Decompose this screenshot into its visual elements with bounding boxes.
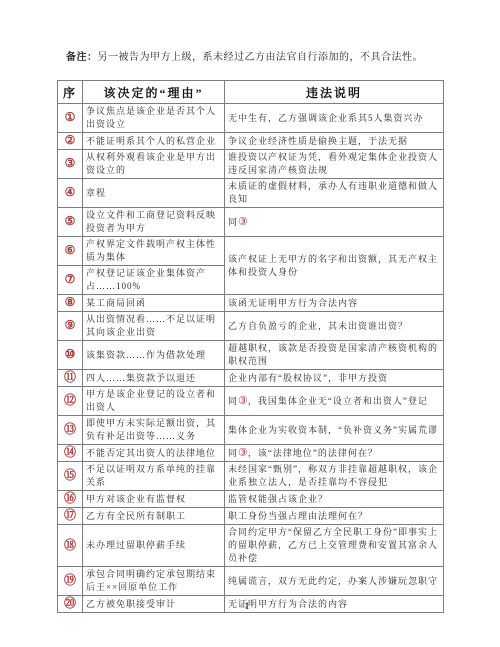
row-seq-cell: ⑦ (58, 266, 83, 295)
explanation-cell: 集体企业为实收资本制，“负补资义务”实属荒谬 (225, 416, 444, 445)
table-row: ①争议焦点是该企业是否其个人出资设立无中生有，乙方强调该企业系其5人集资兴办 (58, 104, 444, 133)
circled-row-number: ⑯ (64, 491, 76, 505)
circled-row-number: ⑦ (65, 272, 76, 286)
table-row: ②不能证明系其个人的私营企业争议企业经济性质是偷换主题，于法无据 (58, 133, 444, 150)
header-explanation: 违法说明 (225, 81, 444, 104)
note-text: 另一被告为甲方上级，系未经过乙方由法官自行添加的，不具合法性。 (98, 52, 424, 63)
reason-cell: 未办理过留职停薪手续 (83, 525, 225, 567)
reason-cell: 甲方对该企业有监督权 (83, 491, 225, 508)
circled-ref-number: ③ (238, 216, 248, 228)
circled-row-number: ⑪ (64, 370, 76, 384)
table-row: ⑬即使甲方未实际足额出资，其负有补足出资等……义务集体企业为实收资本制，“负补资… (58, 416, 444, 445)
row-seq-cell: ⑫ (58, 387, 83, 416)
row-seq-cell: ⑧ (58, 295, 83, 312)
row-seq-cell: ⑭ (58, 445, 83, 462)
circled-row-number: ⑧ (65, 295, 76, 309)
explanation-cell: 未经国家“甄别”，称双方非挂靠超越职权，该企业系独立法人，是否挂靠均不容侵犯 (225, 462, 444, 491)
row-seq-cell: ⑨ (58, 312, 83, 341)
table-row: ⑮不足以证明双方系单纯的挂靠关系未经国家“甄别”，称双方非挂靠超越职权，该企业系… (58, 462, 444, 491)
circled-row-number: ⑨ (65, 318, 76, 332)
table-row: ⑲承包合同明确约定承包期结束后王××回原单位工作纯属谎言，双方无此约定，办案人涉… (58, 567, 444, 596)
reason-cell: 甲方是该企业登记的设立者和出资人 (83, 387, 225, 416)
table-body: ①争议焦点是该企业是否其个人出资设立无中生有，乙方强调该企业系其5人集资兴办②不… (58, 104, 444, 613)
row-seq-cell: ⑤ (58, 208, 83, 237)
circled-row-number: ② (65, 133, 76, 147)
reason-cell: 不能否定其出资人的法律地位 (83, 445, 225, 462)
circled-row-number: ⑬ (64, 422, 76, 436)
row-seq-cell: ⑰ (58, 508, 83, 525)
circled-row-number: ⑱ (64, 538, 76, 552)
table-row: ⑪四人……集资款予以退还企业内部有“股权协议”，非甲方投资 (58, 370, 444, 387)
reason-cell: 从权利外观看该企业是甲方出资设立的 (83, 150, 225, 179)
page-number: 1 (0, 601, 494, 611)
reason-cell: 四人……集资款予以退还 (83, 370, 225, 387)
table-row: ④章程未质证的虚假材料，承办人有违职业道德和做人良知 (58, 179, 444, 208)
reason-cell: 争议焦点是该企业是否其个人出资设立 (83, 104, 225, 133)
reason-cell: 承包合同明确约定承包期结束后王××回原单位工作 (83, 567, 225, 596)
header-seq: 序 (58, 81, 83, 104)
reason-cell: 该集资款……作为借款处理 (83, 341, 225, 370)
row-seq-cell: ⑯ (58, 491, 83, 508)
reason-cell: 不足以证明双方系单纯的挂靠关系 (83, 462, 225, 491)
reason-cell: 不能证明系其个人的私营企业 (83, 133, 225, 150)
circled-row-number: ⑫ (64, 393, 76, 407)
circled-row-number: ⑥ (65, 243, 76, 257)
row-seq-cell: ⑱ (58, 525, 83, 567)
table-row: ⑤设立文件和工商登记资料反映投资者为甲方同③ (58, 208, 444, 237)
header-reason: 该决定的“理由” (83, 81, 225, 104)
explanation-cell: 未质证的虚假材料，承办人有违职业道德和做人良知 (225, 179, 444, 208)
row-seq-cell: ① (58, 104, 83, 133)
explanation-cell: 同③，该“法律地位”的法律何在？ (225, 445, 444, 462)
explanation-cell: 纯属谎言，双方无此约定，办案人涉嫌玩忽职守 (225, 567, 444, 596)
row-seq-cell: ⑪ (58, 370, 83, 387)
row-seq-cell: ⑮ (58, 462, 83, 491)
explanation-cell: 合同约定甲方“保留乙方全民职工身份”即事实上的留职停薪，乙方已上交管理费和安置其… (225, 525, 444, 567)
note-line: 备注：另一被告为甲方上级，系未经过乙方由法官自行添加的，不具合法性。 (66, 51, 460, 65)
table-row: ⑱未办理过留职停薪手续合同约定甲方“保留乙方全民职工身份”即事实上的留职停薪，乙… (58, 525, 444, 567)
table-row: ⑥产权界定文件载明产权主体性质为集体该产权证上无甲方的名字和出资额，其无产权主体… (58, 237, 444, 266)
explanation-cell: 同③，我国集体企业无“设立者和出资人”登记 (225, 387, 444, 416)
circled-row-number: ⑭ (64, 445, 76, 459)
circled-row-number: ⑰ (64, 508, 76, 522)
row-seq-cell: ② (58, 133, 83, 150)
table-row: ⑨从出资情况看……不足以证明其向该企业出资乙方自负盈亏的企业，其未出资谁出资？ (58, 312, 444, 341)
explanation-cell: 该函无证明甲方行为合法内容 (225, 295, 444, 312)
reason-cell: 乙方有全民所有制职工 (83, 508, 225, 525)
reason-cell: 章程 (83, 179, 225, 208)
reason-cell: 产权界定文件载明产权主体性质为集体 (83, 237, 225, 266)
reason-cell: 即使甲方未实际足额出资，其负有补足出资等……义务 (83, 416, 225, 445)
row-seq-cell: ④ (58, 179, 83, 208)
row-seq-cell: ⑩ (58, 341, 83, 370)
circled-row-number: ⑤ (65, 214, 76, 228)
reasons-table: 序 该决定的“理由” 违法说明 ①争议焦点是该企业是否其个人出资设立无中生有，乙… (57, 80, 444, 613)
explanation-cell: 监管权能强占该企业？ (225, 491, 444, 508)
circled-row-number: ⑲ (64, 573, 76, 587)
table-header-row: 序 该决定的“理由” 违法说明 (58, 81, 444, 104)
document-page: 备注：另一被告为甲方上级，系未经过乙方由法官自行添加的，不具合法性。 序 该决定… (0, 0, 500, 647)
explanation-cell: 超越职权，该款是否投资是国家清产核资机构的职权范围 (225, 341, 444, 370)
explanation-cell: 乙方自负盈亏的企业，其未出资谁出资？ (225, 312, 444, 341)
reason-cell: 从出资情况看……不足以证明其向该企业出资 (83, 312, 225, 341)
table-row: ⑫甲方是该企业登记的设立者和出资人同③，我国集体企业无“设立者和出资人”登记 (58, 387, 444, 416)
table-row: ⑯甲方对该企业有监督权监管权能强占该企业？ (58, 491, 444, 508)
explanation-cell: 争议企业经济性质是偷换主题，于法无据 (225, 133, 444, 150)
explanation-cell: 该产权证上无甲方的名字和出资额，其无产权主体和投资人身份 (225, 237, 444, 295)
circled-row-number: ④ (65, 185, 76, 199)
row-seq-cell: ⑬ (58, 416, 83, 445)
explanation-cell: 同③ (225, 208, 444, 237)
circled-row-number: ⑩ (65, 347, 76, 361)
explanation-cell: 谁投资以产权证为凭，看外观定集体企业投资人违反国家清产核资法规 (225, 150, 444, 179)
circled-row-number: ① (65, 110, 76, 124)
explanation-cell: 企业内部有“股权协议”，非甲方投资 (225, 370, 444, 387)
circled-row-number: ③ (65, 156, 76, 170)
table-row: ⑩该集资款……作为借款处理超越职权，该款是否投资是国家清产核资机构的职权范围 (58, 341, 444, 370)
row-seq-cell: ⑥ (58, 237, 83, 266)
table-row: ③从权利外观看该企业是甲方出资设立的谁投资以产权证为凭，看外观定集体企业投资人违… (58, 150, 444, 179)
table-row: ⑰乙方有全民所有制职工职工身份当强占理由法理何在？ (58, 508, 444, 525)
row-seq-cell: ③ (58, 150, 83, 179)
reason-cell: 设立文件和工商登记资料反映投资者为甲方 (83, 208, 225, 237)
circled-ref-number: ③ (238, 447, 248, 459)
row-seq-cell: ⑲ (58, 567, 83, 596)
table-row: ⑭不能否定其出资人的法律地位同③，该“法律地位”的法律何在？ (58, 445, 444, 462)
explanation-cell: 职工身份当强占理由法理何在？ (225, 508, 444, 525)
table-row: ⑧某工商局回函该函无证明甲方行为合法内容 (58, 295, 444, 312)
note-label: 备注： (66, 52, 98, 63)
reason-cell: 某工商局回函 (83, 295, 225, 312)
circled-ref-number: ③ (238, 395, 248, 407)
circled-row-number: ⑮ (64, 468, 76, 482)
explanation-cell: 无中生有，乙方强调该企业系其5人集资兴办 (225, 104, 444, 133)
reason-cell: 产权登记证该企业集体资产占……100% (83, 266, 225, 295)
